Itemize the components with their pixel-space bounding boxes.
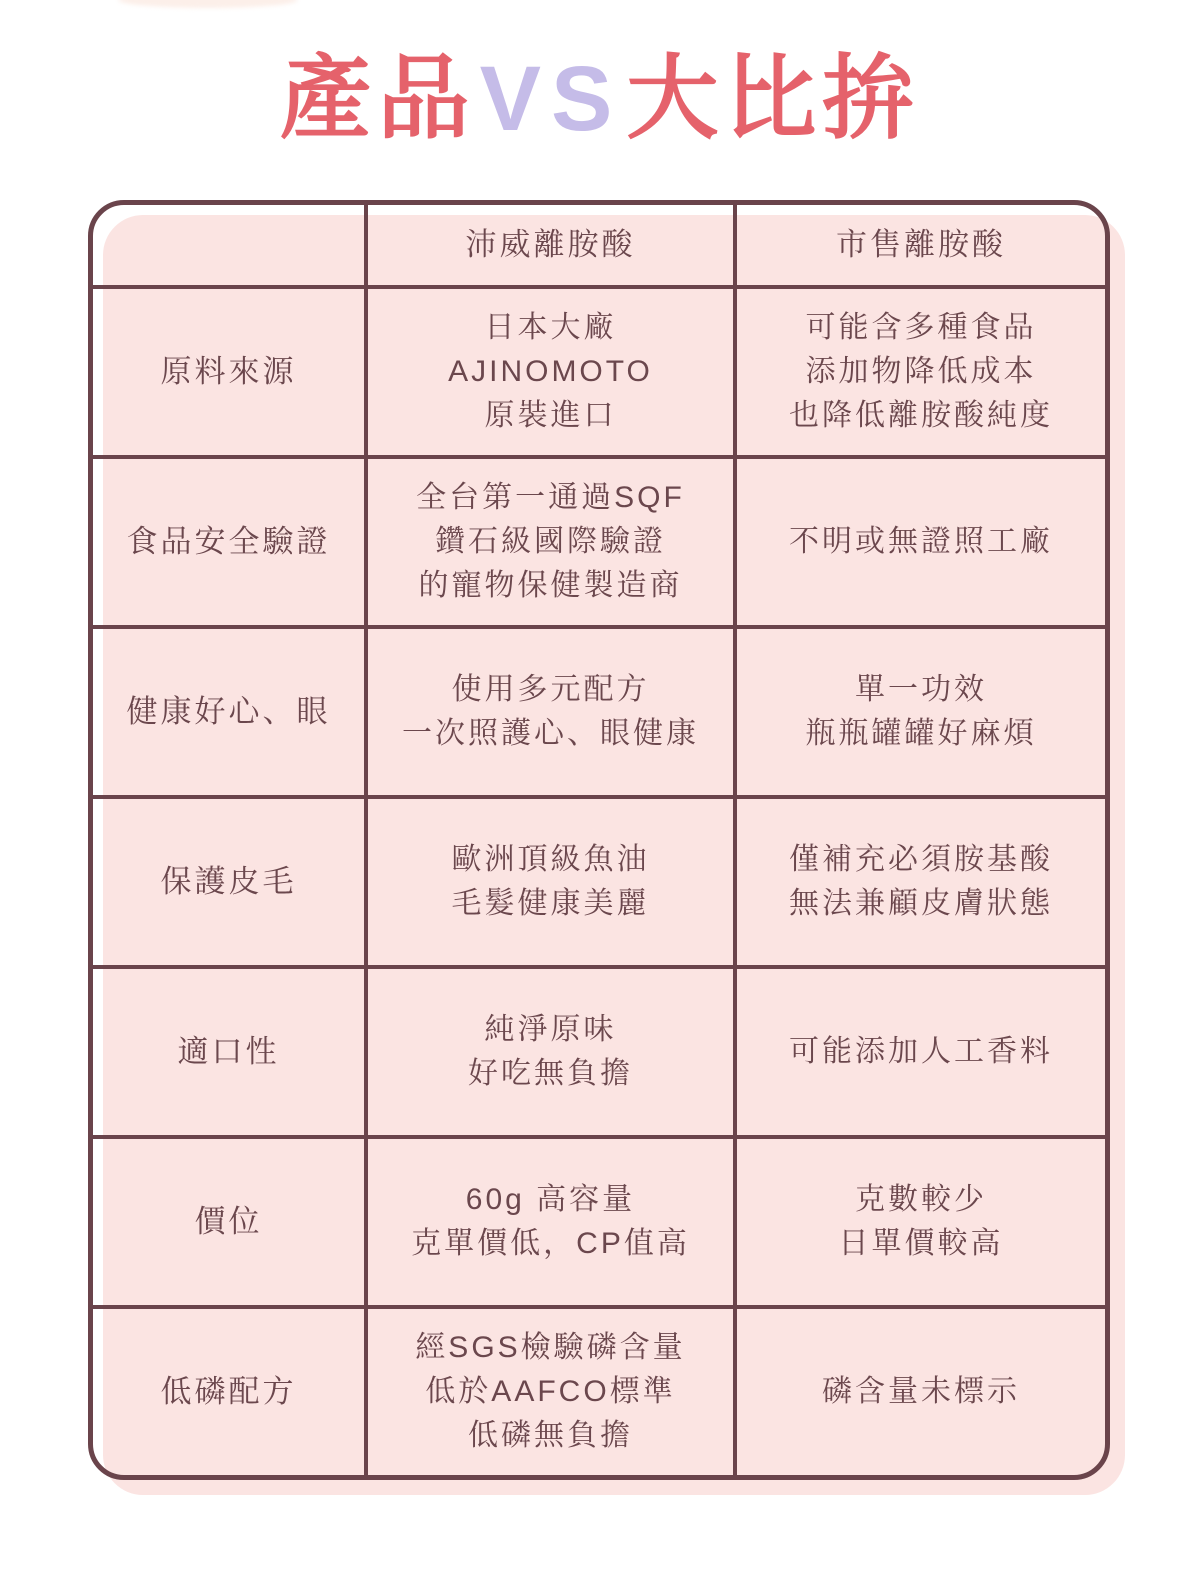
row-label-food-safety: 食品安全驗證 (93, 455, 368, 625)
market-food-safety: 不明或無證照工廠 (737, 455, 1105, 625)
comparison-table: 沛威離胺酸 市售離胺酸 原料來源 日本大廠 AJINOMOTO 原裝進口 可能含… (88, 200, 1110, 1480)
peiwei-low-phosphorus: 經SGS檢驗磷含量 低於AAFCO標準 低磷無負擔 (368, 1305, 737, 1475)
page-title: 產品VS大比拚 (0, 42, 1200, 157)
peiwei-palatability: 純淨原味 好吃無負擔 (368, 965, 737, 1135)
market-heart-eye: 單一功效 瓶瓶罐罐好麻煩 (737, 625, 1105, 795)
market-price: 克數較少 日單價較高 (737, 1135, 1105, 1305)
peiwei-price: 60g 高容量 克單價低，CP值高 (368, 1135, 737, 1305)
market-ingredient-source: 可能含多種食品 添加物降低成本 也降低離胺酸純度 (737, 285, 1105, 455)
header-market-lysine: 市售離胺酸 (737, 205, 1105, 285)
peiwei-fur-protection: 歐洲頂級魚油 毛髮健康美麗 (368, 795, 737, 965)
title-part-vs: VS (480, 48, 623, 150)
peiwei-heart-eye: 使用多元配方 一次照護心、眼健康 (368, 625, 737, 795)
row-label-fur-protection: 保護皮毛 (93, 795, 368, 965)
title-part-showdown: 大比拚 (626, 48, 920, 150)
header-empty-cell (93, 205, 368, 285)
row-label-price: 價位 (93, 1135, 368, 1305)
row-label-heart-eye: 健康好心、眼 (93, 625, 368, 795)
row-label-palatability: 適口性 (93, 965, 368, 1135)
market-palatability: 可能添加人工香料 (737, 965, 1105, 1135)
title-part-product: 產品 (280, 48, 476, 150)
cropped-artifact (118, 0, 298, 8)
table-grid: 沛威離胺酸 市售離胺酸 原料來源 日本大廠 AJINOMOTO 原裝進口 可能含… (88, 200, 1110, 1480)
market-fur-protection: 僅補充必須胺基酸 無法兼顧皮膚狀態 (737, 795, 1105, 965)
header-peiwei-lysine: 沛威離胺酸 (368, 205, 737, 285)
row-label-low-phosphorus: 低磷配方 (93, 1305, 368, 1475)
row-label-ingredient-source: 原料來源 (93, 285, 368, 455)
market-low-phosphorus: 磷含量未標示 (737, 1305, 1105, 1475)
peiwei-food-safety: 全台第一通過SQF 鑽石級國際驗證 的寵物保健製造商 (368, 455, 737, 625)
peiwei-ingredient-source: 日本大廠 AJINOMOTO 原裝進口 (368, 285, 737, 455)
